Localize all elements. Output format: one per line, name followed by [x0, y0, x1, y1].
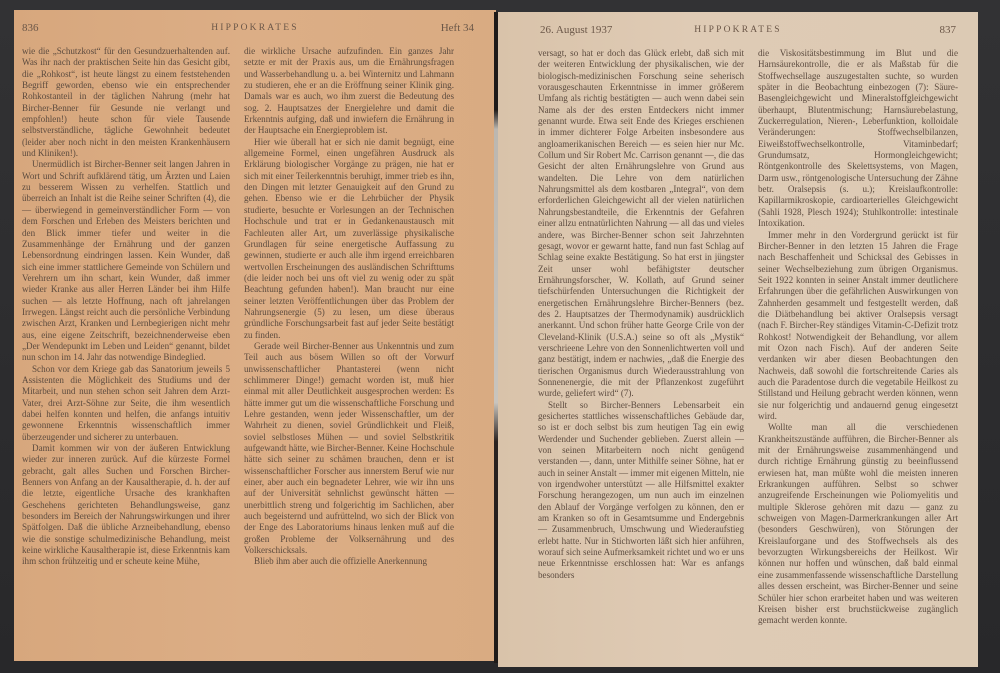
- paragraph: die wirkliche Ursache aufzufinden. Ein g…: [244, 46, 454, 137]
- right-page: 26. August 1937 HIPPOKRATES 837 versagt,…: [498, 12, 978, 667]
- right-running-head: 26. August 1937 HIPPOKRATES 837: [498, 24, 978, 40]
- issue-label: Heft 34: [441, 22, 474, 34]
- right-column-2: die Viskositätsbestimmung im Blut und di…: [758, 48, 958, 627]
- paragraph: Immer mehr in den Vordergrund gerückt is…: [758, 230, 958, 423]
- left-column-2: die wirkliche Ursache aufzufinden. Ein g…: [244, 46, 454, 568]
- paragraph: Blieb ihm aber auch die offizielle Anerk…: [244, 556, 454, 567]
- paragraph: Wollte man all die verschiedenen Krankhe…: [758, 422, 958, 626]
- right-running-title: HIPPOKRATES: [498, 25, 978, 35]
- paragraph: Hier wie überall hat er sich nie damit b…: [244, 137, 454, 341]
- paragraph: wie die „Schutzkost“ für den Gesundzuerh…: [22, 46, 230, 159]
- paragraph: Unermüdlich ist Bircher-Benner seit lang…: [22, 159, 230, 363]
- paragraph: Stellt so Bircher-Benners Lebensarbeit e…: [538, 400, 744, 582]
- paragraph: Gerade weil Bircher-Benner aus Unkenntni…: [244, 341, 454, 557]
- left-column-1: wie die „Schutzkost“ für den Gesundzuerh…: [22, 46, 230, 568]
- left-running-title: HIPPOKRATES: [14, 23, 496, 33]
- paragraph: Damit kommen wir von der äußeren Entwick…: [22, 443, 230, 568]
- left-running-head: 836 HIPPOKRATES Heft 34: [14, 22, 496, 38]
- right-column-1: versagt, so hat er doch das Glück erlebt…: [538, 48, 744, 581]
- paragraph: versagt, so hat er doch das Glück erlebt…: [538, 48, 744, 400]
- right-page-number: 837: [940, 24, 957, 36]
- left-page: 836 HIPPOKRATES Heft 34 wie die „Schutzk…: [14, 10, 496, 661]
- paragraph: die Viskositätsbestimmung im Blut und di…: [758, 48, 958, 230]
- paragraph: Schon vor dem Kriege gab das Sanatorium …: [22, 364, 230, 443]
